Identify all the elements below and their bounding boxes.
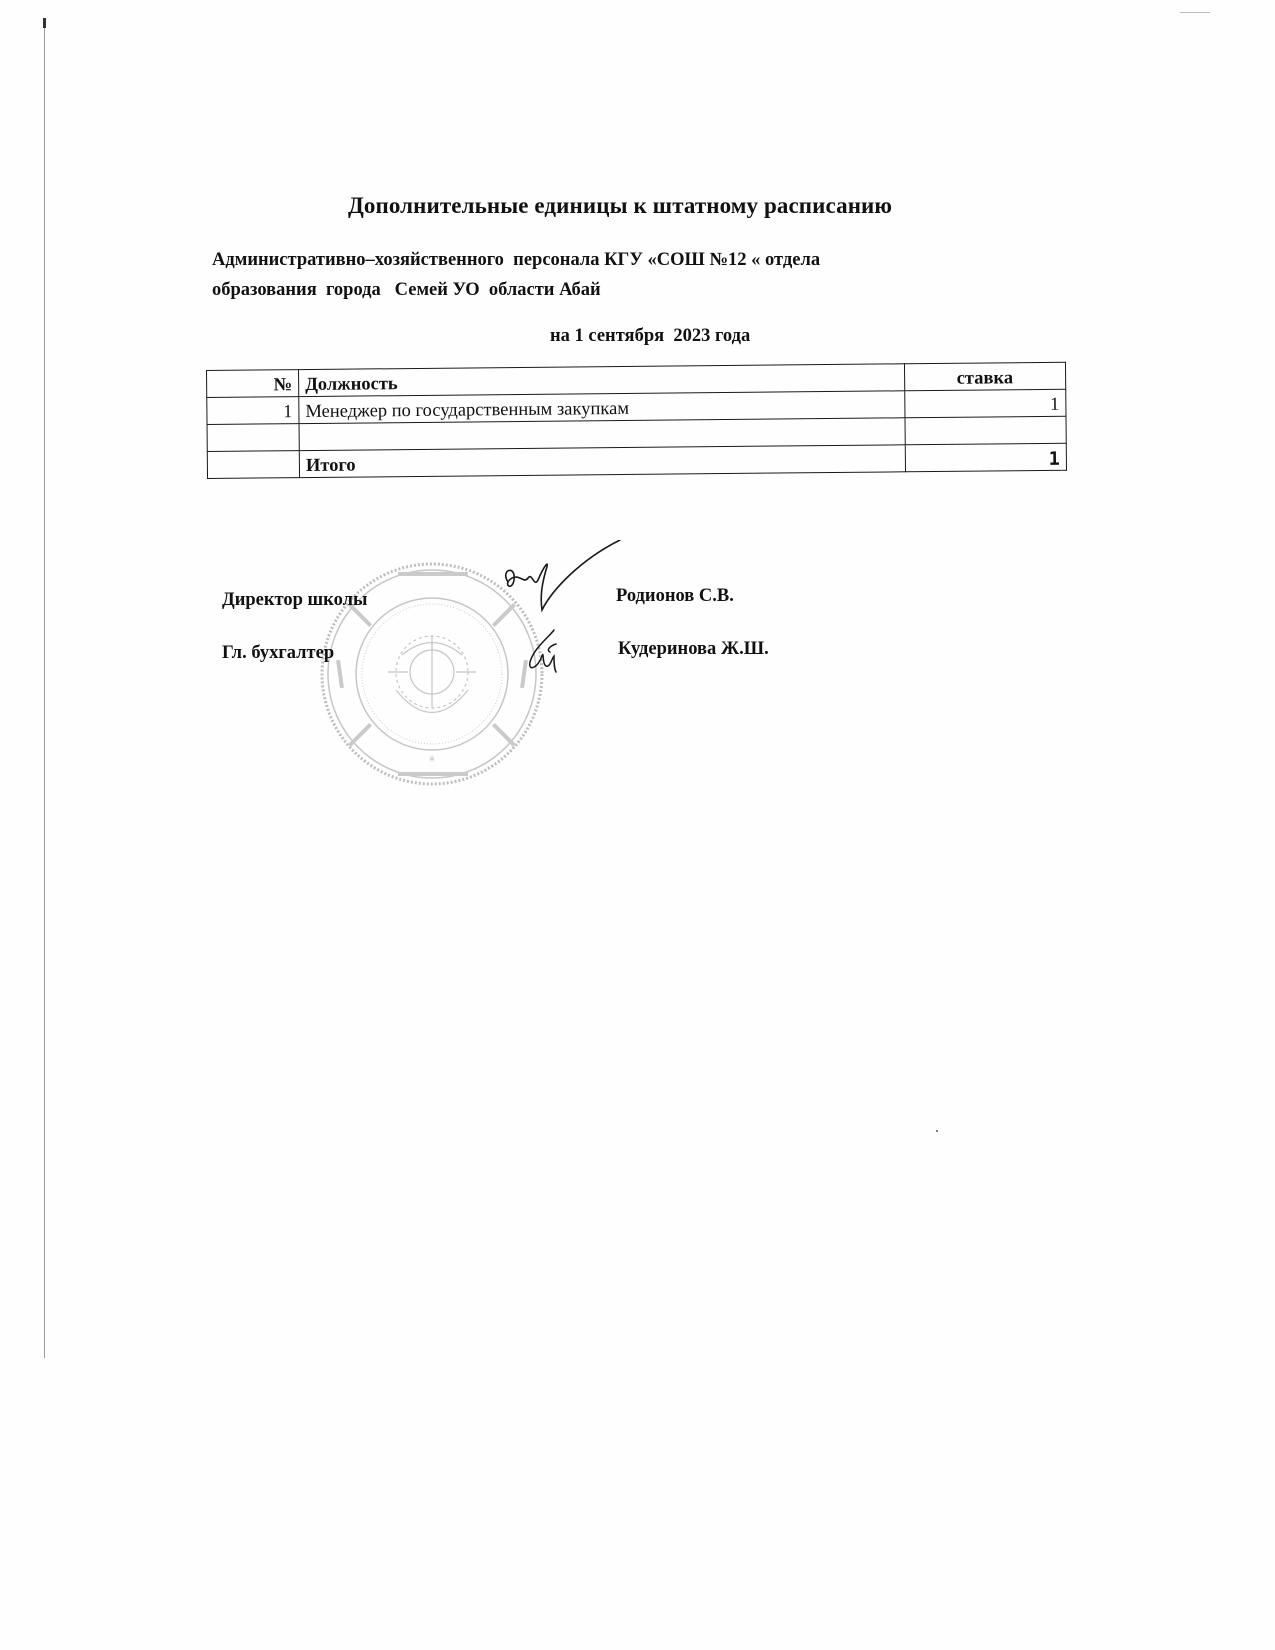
scan-edge-mark <box>1180 12 1210 13</box>
row-number <box>207 424 299 452</box>
scanned-page: Дополнительные единицы к штатному распис… <box>0 0 1275 1650</box>
header-rate: ставка <box>904 362 1066 391</box>
accountant-name: Кудеринова Ж.Ш. <box>618 639 769 660</box>
row-number: 1 <box>207 397 299 425</box>
scan-edge-line <box>44 18 45 1358</box>
svg-text:*: * <box>429 754 435 768</box>
accountant-role: Гл. бухгалтер <box>222 643 334 664</box>
header-number: № <box>207 370 299 398</box>
row-rate: 1 <box>904 389 1066 418</box>
scan-edge-mark <box>43 18 46 28</box>
document-subtitle: Административно–хозяйственного персонала… <box>212 245 1002 305</box>
total-number-cell <box>207 451 299 479</box>
total-label: Итого <box>299 445 905 478</box>
staff-table: № Должность ставка 1 Менеджер по государ… <box>206 362 1067 479</box>
document-date: на 1 сентября 2023 года <box>550 326 750 347</box>
director-role: Директор школы <box>222 590 367 611</box>
row-rate <box>904 416 1066 445</box>
subtitle-line-1: Административно–хозяйственного персонала… <box>212 245 1002 275</box>
director-signature-icon <box>490 540 630 620</box>
subtitle-line-2: образования города Семей УО области Абай <box>212 275 1002 305</box>
document-title: Дополнительные единицы к штатному распис… <box>348 193 892 219</box>
accountant-signature-icon <box>524 628 574 678</box>
director-name: Родионов С.В. <box>616 586 734 607</box>
total-value: 1 <box>905 443 1067 472</box>
scan-speck <box>936 1130 938 1132</box>
